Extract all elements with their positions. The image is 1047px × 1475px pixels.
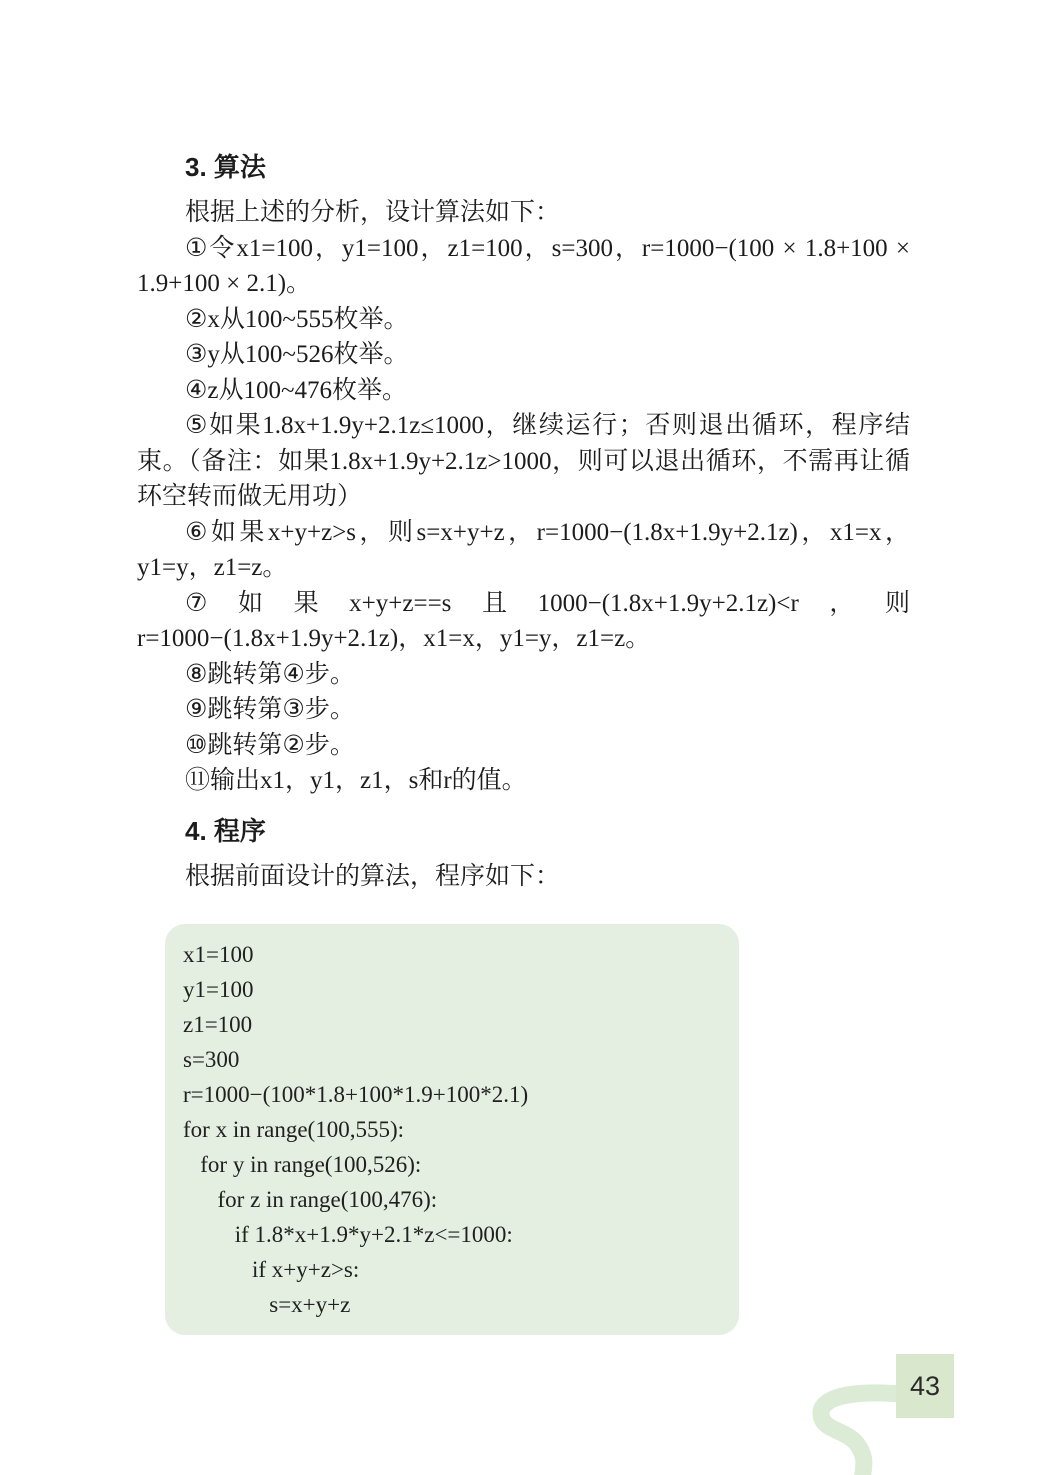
algorithm-step-5: ⑤如果1.8x+1.9y+2.1z≤1000，继续运行；否则退出循环，程序结束。… <box>137 408 910 515</box>
algorithm-step-10: ⑩跳转第②步。 <box>137 728 910 764</box>
code-line-10: if x+y+z>s: <box>183 1252 723 1287</box>
page-content: 3. 算法 根据上述的分析，设计算法如下： ①令x1=100，y1=100，z1… <box>137 150 910 1335</box>
program-intro: 根据前面设计的算法，程序如下： <box>137 859 910 895</box>
algorithm-step-11: ⑪输出x1，y1，z1，s和r的值。 <box>137 763 910 799</box>
code-line-8: for z in range(100,476): <box>183 1182 723 1217</box>
algorithm-step-2: ②x从100~555枚举。 <box>137 302 910 338</box>
code-line-2: y1=100 <box>183 972 723 1007</box>
code-line-7: for y in range(100,526): <box>183 1147 723 1182</box>
algorithm-step-9: ⑨跳转第③步。 <box>137 692 910 728</box>
algorithm-step-3: ③y从100~526枚举。 <box>137 337 910 373</box>
algorithm-step-7: ⑦如果x+y+z==s且1000−(1.8x+1.9y+2.1z)<r，则r=1… <box>137 586 910 657</box>
page-number: 43 <box>910 1371 940 1402</box>
code-line-6: for x in range(100,555): <box>183 1112 723 1147</box>
code-line-5: r=1000−(100*1.8+100*1.9+100*2.1) <box>183 1077 723 1112</box>
textbook-page: 3. 算法 根据上述的分析，设计算法如下： ①令x1=100，y1=100，z1… <box>0 0 1047 1475</box>
algorithm-step-6: ⑥如果x+y+z>s，则s=x+y+z，r=1000−(1.8x+1.9y+2.… <box>137 515 910 586</box>
algorithm-intro: 根据上述的分析，设计算法如下： <box>137 195 910 231</box>
page-number-badge: 43 <box>896 1354 954 1418</box>
code-block: x1=100 y1=100 z1=100 s=300 r=1000−(100*1… <box>165 924 739 1335</box>
algorithm-step-1: ①令x1=100，y1=100，z1=100，s=300，r=1000−(100… <box>137 231 910 302</box>
section-heading-program: 4. 程序 <box>137 814 910 849</box>
code-line-4: s=300 <box>183 1042 723 1077</box>
code-line-11: s=x+y+z <box>183 1287 723 1322</box>
section-heading-algorithm: 3. 算法 <box>137 150 910 185</box>
algorithm-step-4: ④z从100~476枚举。 <box>137 373 910 409</box>
code-line-1: x1=100 <box>183 937 723 972</box>
code-line-3: z1=100 <box>183 1007 723 1042</box>
code-line-9: if 1.8*x+1.9*y+2.1*z<=1000: <box>183 1217 723 1252</box>
algorithm-step-8: ⑧跳转第④步。 <box>137 657 910 693</box>
